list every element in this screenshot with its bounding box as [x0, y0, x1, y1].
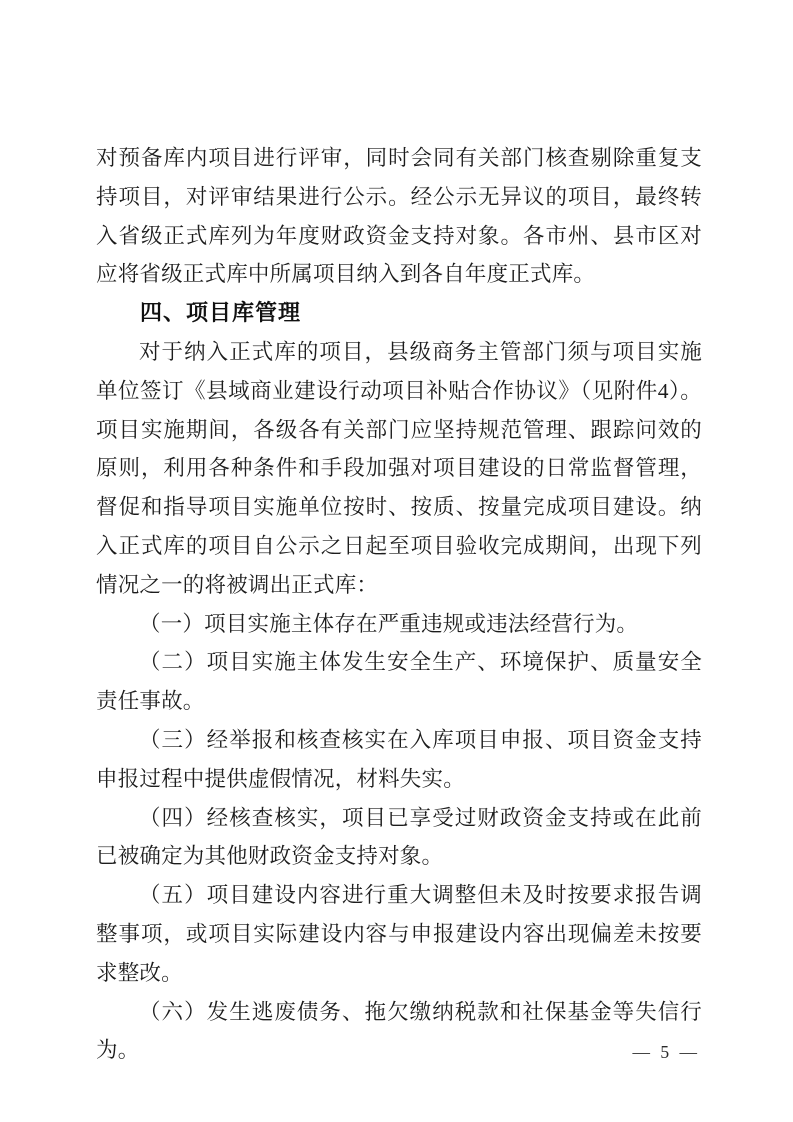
list-item-paragraph-5: （五）项目建设内容进行重大调整但未及时按要求报告调整事项，或项目实际建设内容与申…	[96, 876, 702, 992]
list-item-paragraph-3: （三）经举报和核查核实在入库项目申报、项目资金支持申报过程中提供虚假情况，材料失…	[96, 721, 702, 799]
body-paragraph-continued: 对预备库内项目进行评审，同时会同有关部门核查剔除重复支持项目，对评审结果进行公示…	[96, 139, 702, 294]
document-page: 对预备库内项目进行评审，同时会同有关部门核查剔除重复支持项目，对评审结果进行公示…	[0, 0, 793, 1122]
page-number: — 5 —	[633, 1041, 701, 1063]
list-item-paragraph-6: （六）发生逃废债务、拖欠缴纳税款和社保基金等失信行为。	[96, 993, 702, 1071]
list-item-paragraph-1: （一）项目实施主体存在严重违规或违法经营行为。	[96, 605, 702, 644]
section-heading: 四、项目库管理	[96, 294, 702, 333]
document-body: 对预备库内项目进行评审，同时会同有关部门核查剔除重复支持项目，对评审结果进行公示…	[96, 139, 702, 1070]
body-paragraph: 对于纳入正式库的项目，县级商务主管部门须与项目实施单位签订《县域商业建设行动项目…	[96, 333, 702, 605]
list-item-paragraph-2: （二）项目实施主体发生安全生产、环境保护、质量安全责任事故。	[96, 643, 702, 721]
list-item-paragraph-4: （四）经核查核实，项目已享受过财政资金支持或在此前已被确定为其他财政资金支持对象…	[96, 799, 702, 877]
